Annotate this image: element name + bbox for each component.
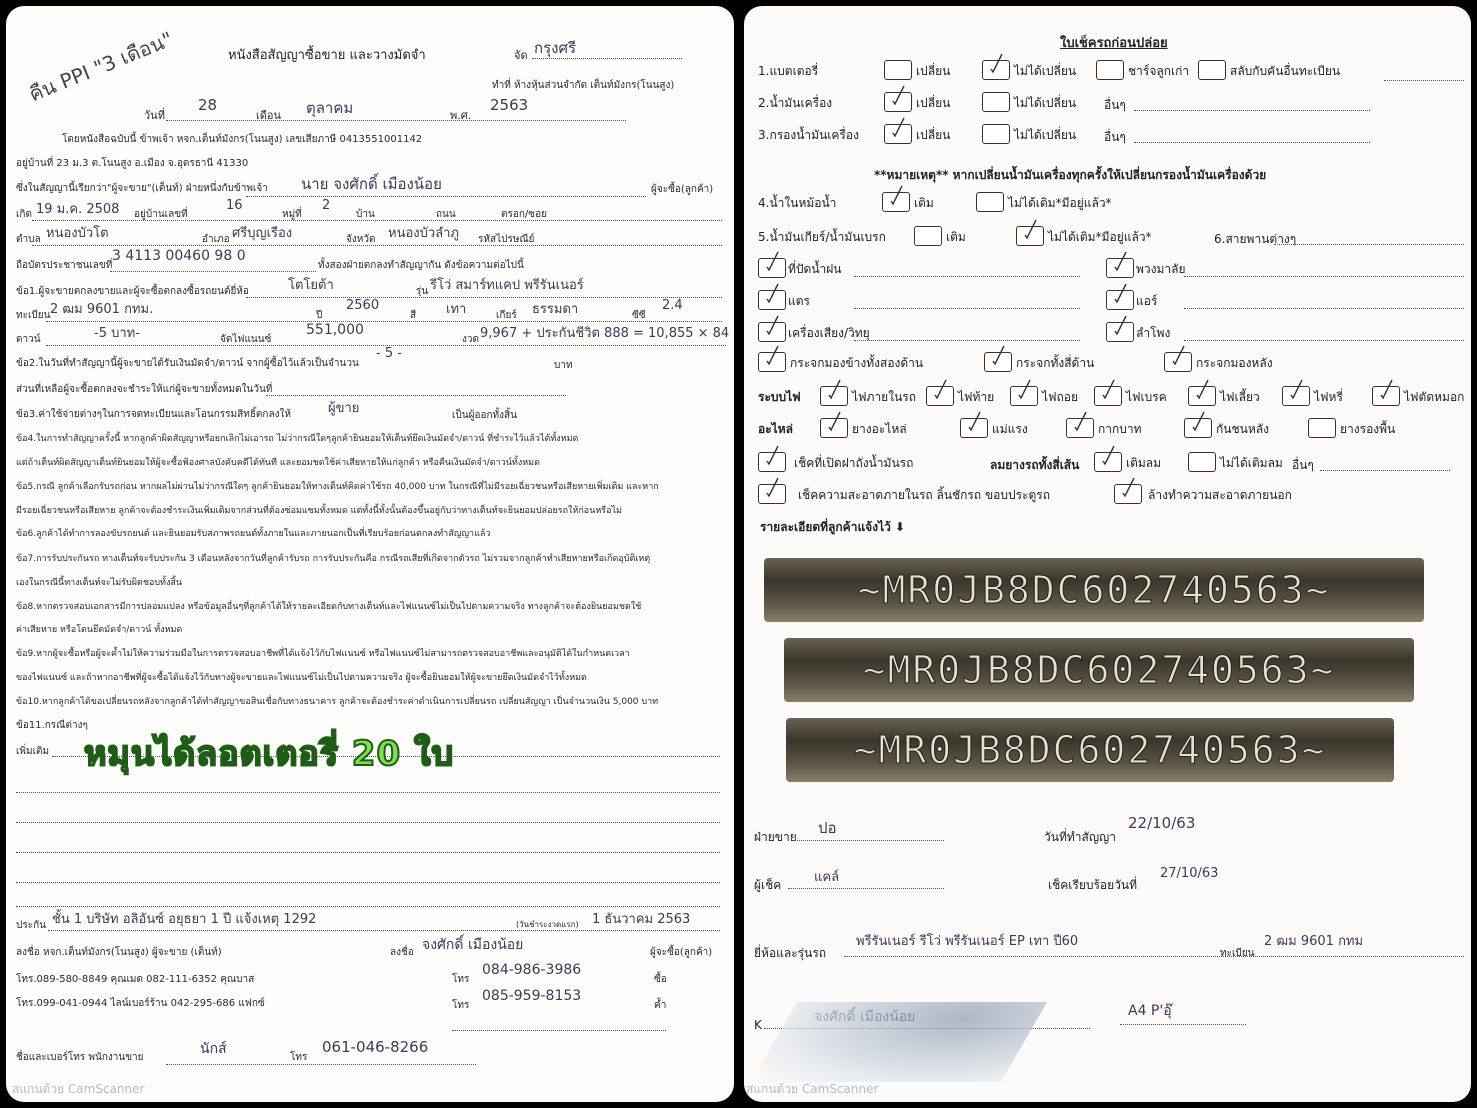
insurance-label: ประกัน (16, 918, 46, 933)
birth-value: 19 ม.ค. 2508 (36, 198, 119, 219)
sales-tel-label: โทร (290, 1050, 307, 1065)
oil-filter-note: **หมายเหตุ** หากเปลี่ยนน้ำมันเครื่องทุกค… (874, 166, 1266, 185)
checkmark-icon (1017, 379, 1031, 401)
checklist-page: ใบเช็ครถก่อนปล่อย รายละเอียดที่ลูกค้าแจ้… (744, 6, 1471, 1102)
part-3-checkbox[interactable] (1066, 418, 1094, 438)
k-label: K (754, 1018, 762, 1032)
id-value: 3 4113 00460 98 0 (112, 248, 246, 264)
row-5-opt-1-checkbox[interactable] (914, 226, 942, 246)
checkmark-icon (1101, 379, 1115, 401)
clause-7b: เองในกรณีนี้ทางเต็นท์จะไม่รับผิดชอบทั้งส… (16, 575, 182, 589)
checkmark-icon (765, 445, 779, 467)
row-2-other: อื่นๆ (1104, 96, 1126, 115)
shop-contact-1: โทร.089-580-8849 คุณเมด 082-111-6352 คุณ… (16, 972, 254, 987)
part-4-label: กันชนหลัง (1216, 420, 1269, 439)
part-5-checkbox[interactable] (1308, 418, 1336, 438)
clause-6: ข้อ6.ลูกค้าได้ทำการลองขับรถยนต์ และยินยอ… (16, 526, 490, 540)
reg-value: 2 ฒม 9601 กทม. (50, 298, 153, 319)
shadow (751, 1002, 1047, 1082)
seller-side-label: ฝ่ายขาย (754, 828, 797, 847)
mirror-2-checkbox[interactable] (984, 352, 1012, 372)
row-4-label: 4.น้ำในหม้อน้ำ (758, 194, 836, 213)
car-reg: 2 ฒม 9601 กทม (1264, 930, 1363, 951)
down-value: -5 บาท- (94, 322, 140, 343)
checkmark-icon (1191, 411, 1205, 433)
checkmark-icon (1113, 251, 1127, 273)
checkmark-icon (1289, 379, 1303, 401)
mirror-2-label: กระจกทั้งสี่ด้าน (1016, 354, 1094, 373)
contract-date: 22/10/63 (1128, 814, 1195, 832)
id-label: ถือบัตรประชาชนเลขที่ (16, 258, 112, 273)
shop-contact-2: โทร.099-041-0944 ไลน์เบอร์ร้าน 042-295-6… (16, 996, 265, 1011)
row-4-opt-1-label: เติม (914, 194, 934, 213)
light-3-checkbox[interactable] (1010, 386, 1038, 406)
clause-2-value: - 5 - (376, 346, 402, 361)
pair-2-right-checkbox[interactable] (1106, 290, 1134, 310)
clause-3-value: ผู้ขาย (328, 397, 359, 418)
birth-label: เกิด (16, 207, 32, 222)
clause-7a: ข้อ7.การรับประกันรถ ทางเต็นท์จะรับประกัน… (16, 551, 650, 565)
checkmark-icon (1023, 219, 1037, 241)
row-1-opt-4-checkbox[interactable] (1198, 60, 1226, 80)
clause-9a: ข้อ9.หากผู้จะซื้อหรือผู้จะค้ำไม่ให้ความร… (16, 646, 630, 660)
handwritten-corner-note: คืน PPI "3 เดือน" (24, 23, 178, 110)
clean-inside-label: เช็คความสะอาดภายในรถ ลิ้นชักรถ ขอบประตูร… (798, 486, 1050, 505)
light-5-checkbox[interactable] (1188, 386, 1216, 406)
insurance-value: ชั้น 1 บริษัท อลิอันซ์ อยุธยา 1 ปี แจ้งเ… (52, 908, 316, 929)
pair-3-left-checkbox[interactable] (758, 322, 786, 342)
buyer-signature: จงศักดิ์ เมืองน้อย (422, 934, 523, 956)
light-1-label: ไฟภายในรถ (852, 388, 916, 407)
checkmark-icon (765, 315, 779, 337)
contract-date-label: วันที่ทำสัญญา (1044, 828, 1116, 847)
checkmark-icon (933, 379, 947, 401)
belts-label: 6.สายพานต่างๆ (1214, 230, 1296, 249)
row-3-opt-1-checkbox[interactable] (884, 124, 912, 144)
row-1-opt-3-checkbox[interactable] (1096, 60, 1124, 80)
seller-signature: ลงชื่อ หจก.เต็นท์มังกร(โนนสูง) ผู้จะขาย … (16, 945, 222, 960)
pair-1-right-checkbox[interactable] (1106, 258, 1134, 278)
pair-2-left-checkbox[interactable] (758, 290, 786, 310)
row-5-label: 5.น้ำมันเกียร์/น้ำมันเบรก (758, 228, 886, 247)
light-2-label: ไฟท้าย (958, 388, 994, 407)
checkmark-icon (1121, 477, 1135, 499)
car-reg-label: ทะเบียน (1220, 946, 1254, 961)
tires-opt-2-label: ไม่ได้เติมลม (1220, 454, 1283, 473)
part-4-checkbox[interactable] (1184, 418, 1212, 438)
day-label: วันที่ (144, 106, 165, 124)
light-3-label: ไฟถอย (1042, 388, 1078, 407)
part-2-checkbox[interactable] (960, 418, 988, 438)
year-value: 2563 (490, 96, 528, 114)
row-2-opt-2-label: ไม่ได้เปลี่ยน (1014, 94, 1076, 113)
vin-rubbing-1: ~MR0JB8DC602740563~ (764, 558, 1424, 622)
row-3-other: อื่นๆ (1104, 128, 1126, 147)
row-3-opt-2-label: ไม่ได้เปลี่ยน (1014, 126, 1076, 145)
light-6-checkbox[interactable] (1282, 386, 1310, 406)
light-6-label: ไฟหรี่ (1314, 388, 1343, 407)
row-2-opt-1-label: เปลี่ยน (916, 94, 950, 113)
sales-label: ชื่อและเบอร์โทร พนักงานขาย (16, 1050, 144, 1065)
camscanner-watermark: สแกนด้วย CamScanner (746, 1080, 878, 1099)
pair-3-right-label: ลำโพง (1136, 324, 1170, 343)
extra-label: เพิ่มเติม (16, 744, 49, 759)
light-7-checkbox[interactable] (1372, 386, 1400, 406)
tires-opt-1-checkbox[interactable] (1094, 452, 1122, 472)
light-1-checkbox[interactable] (820, 386, 848, 406)
car-year: 2560 (346, 298, 379, 313)
buyer-name: นาย จงศักดิ์ เมืองน้อย (301, 172, 442, 196)
mirror-1-checkbox[interactable] (758, 352, 786, 372)
fuel-cap-label: เช็คที่เปิดฝาถังน้ำมันรถ (794, 454, 913, 473)
province-value: กรุงศรี (534, 36, 576, 60)
mirror-3-checkbox[interactable] (1164, 352, 1192, 372)
clause-5b: มีรอยเฉี่ยวชนหรือเสียหาย ลูกค้าจะต้องชำร… (16, 503, 622, 517)
buyer-suffix: ผู้จะซื้อ(ลูกค้า) (651, 182, 713, 197)
guarantor-tel: 085-959-8153 (482, 988, 581, 1004)
buyer-tel-suffix: ซื้อ (654, 972, 667, 987)
clean-outside-label: ล้างทำความสะอาดภายนอก (1148, 486, 1292, 505)
checkmark-icon (1073, 411, 1087, 433)
buyer-sign-label: ลงชื่อ (390, 945, 414, 960)
row-3-opt-2-checkbox[interactable] (982, 124, 1010, 144)
row-1-opt-2-checkbox[interactable] (982, 60, 1010, 80)
color-value: เทา (446, 298, 466, 319)
clause-8a: ข้อ8.หากตรวจสอบเอกสารมีการปลอมแปลง หรือข… (16, 599, 641, 613)
tires-other: อื่นๆ (1292, 456, 1314, 475)
checker-value: แคล์ (814, 866, 839, 887)
clean-outside-checkbox[interactable] (1114, 484, 1142, 504)
clause-10: ข้อ10.หากลูกค้าได้ขอเปลี่ยนรถหลังจากลูกค… (16, 694, 658, 708)
district-value: ศรีบุญเรือง (232, 222, 292, 243)
part-2-label: แม่แรง (992, 420, 1028, 439)
checker-label: ผู้เช็ค (754, 876, 781, 895)
intro: โดยหนังสือฉบับนี้ ข้าพเจ้า หจก.เต็นท์มัง… (62, 132, 422, 147)
checkmark-icon (765, 345, 779, 367)
address: อยู่บ้านที่ 23 ม.3 ต.โนนสูง อ.เมือง จ.อุ… (16, 156, 248, 171)
clause-1-label: ข้อ1.ผู้จะขายตกลงขายและผู้จะซื้อตกลงซื้อ… (16, 284, 249, 299)
row-5-opt-2-checkbox[interactable] (1016, 226, 1044, 246)
seller-side-value: ปอ (818, 816, 837, 840)
finance-value: 551,000 (306, 322, 364, 338)
sales-tel: 061-046-8266 (322, 1038, 428, 1056)
lottery-stamp: หมุนได้ลอตเตอรี่ 20 ใบ (84, 726, 454, 780)
checkmark-icon (891, 117, 905, 139)
contract-page: คืน PPI "3 เดือน" หนังสือสัญญาซื้อขาย แล… (6, 6, 734, 1102)
guarantor-tel-label: โทร (452, 998, 469, 1013)
row-3-opt-1-label: เปลี่ยน (916, 126, 950, 145)
row-1-label: 1.แบตเตอรี่ (758, 62, 818, 81)
clean-inside-checkbox[interactable] (758, 484, 786, 504)
province2-value: หนองบัวลำภู (388, 222, 459, 243)
moo-value: 2 (322, 198, 330, 213)
checkmark-icon (1379, 379, 1393, 401)
row-5-opt-2-label: ไม่ได้เติม*มีอยู่แล้ว* (1048, 228, 1152, 247)
clause-2: ข้อ2.ในวันที่ทำสัญญานี้ผู้จะขายได้รับเงิ… (16, 356, 359, 371)
checkmark-icon (989, 53, 1003, 75)
row-3-label: 3.กรองน้ำมันเครื่อง (758, 126, 859, 145)
details-label: รายละเอียดที่ลูกค้าแจ้งไว้ ⬇ (760, 518, 905, 537)
k-note: A4 P'อุ๊ (1128, 1000, 1172, 1022)
row-1-opt-1-label: เปลี่ยน (916, 62, 950, 81)
clause-5a: ข้อ5.กรณี ลูกค้าเลือกรับรถก่อน หากผลไม่ผ… (16, 479, 659, 493)
lights-label: ระบบไฟ (758, 388, 801, 407)
car-value: พรีรันเนอร์ รีโว่ พรีรันเนอร์ EP เทา ปี6… (856, 930, 1078, 951)
row-4-opt-1-checkbox[interactable] (882, 192, 910, 212)
fuel-cap-checkbox[interactable] (758, 452, 786, 472)
day-value: 28 (198, 96, 217, 114)
row-1-opt-4-label: สลับกับคันอื่นทะเบียน (1230, 62, 1340, 81)
clause-4b: แต่ถ้าเต็นท์ผิดสัญญาเต็นท์ยินยอมให้ผู้จะ… (16, 455, 540, 469)
checkmark-icon (1195, 379, 1209, 401)
pair-1-right-label: พวงมาลัย (1136, 260, 1186, 279)
row-5-opt-1-label: เติม (946, 228, 966, 247)
light-2-checkbox[interactable] (926, 386, 954, 406)
checkmark-icon (765, 477, 779, 499)
mirror-1-label: กระจกมองข้างทั้งสองด้าน (790, 354, 923, 373)
sales-name: นักส์ (200, 1038, 227, 1060)
clause-9b: ของไฟแนนซ์ และถ้าหากอาชีพที่ผู้จะซื้อได้… (16, 670, 587, 684)
province-label: จัด (514, 46, 528, 64)
installment-value: 9,967 + ประกันชีวิต 888 = 10,855 × 84 (480, 322, 729, 343)
clause-2b: ส่วนที่เหลือผู้จะซื้อตกลงจะชำระให้แก่ผู้… (16, 382, 272, 397)
row-2-opt-2-checkbox[interactable] (982, 92, 1010, 112)
month-label: เดือน (256, 106, 281, 124)
checklist-title: ใบเช็ครถก่อนปล่อย (1060, 32, 1168, 53)
place: ทำที่ ห้างหุ้นส่วนจำกัด เต็นท์มังกร(โนนส… (492, 78, 674, 93)
gear-value: ธรรมดา (532, 298, 578, 319)
part-1-label: ยางอะไหล่ (852, 420, 907, 439)
row-1-opt-2-label: ไม่ได้เปลี่ยน (1014, 62, 1076, 81)
row-1-opt-3-label: ชาร์จลูกเก่า (1128, 62, 1189, 81)
subdistrict-value: หนองบัวโต (46, 222, 109, 243)
car-label: ยี่ห้อและรุ่นรถ (754, 944, 826, 963)
row-4-opt-2-checkbox[interactable] (976, 192, 1004, 212)
checkmark-icon (889, 185, 903, 207)
vin-rubbing-3: ~MR0JB8DC602740563~ (786, 718, 1394, 782)
pair-3-right-checkbox[interactable] (1106, 322, 1134, 342)
car-model: รีโว่ สมาร์ทแคป พรีรันเนอร์ (430, 274, 584, 295)
part-1-checkbox[interactable] (820, 418, 848, 438)
clause-3-suffix: เป็นผู้ออกทั้งสิ้น (452, 408, 517, 423)
pair-1-left-checkbox[interactable] (758, 258, 786, 278)
seller-clause: ซึ่งในสัญญานี้เรียกว่า"ผู้จะขาย"(เต็นท์)… (16, 181, 268, 196)
checkmark-icon (891, 85, 905, 107)
pair-2-right-label: แอร์ (1136, 292, 1157, 311)
row-4-opt-2-label: ไม่ได้เติม*มีอยู่แล้ว* (1008, 194, 1112, 213)
buyer-tel-label: โทร (452, 972, 469, 987)
checked-date: 27/10/63 (1160, 866, 1218, 881)
vin-rubbing-2: ~MR0JB8DC602740563~ (784, 638, 1414, 702)
first-due-value: 1 ธันวาคม 2563 (592, 908, 690, 929)
light-4-checkbox[interactable] (1094, 386, 1122, 406)
arrow-down-icon: ⬇ (895, 520, 905, 534)
tires-opt-1-label: เติมลม (1126, 454, 1161, 473)
clause-4a: ข้อ4.ในการทำสัญญาครั้งนี้ หากลูกค้าผิดสั… (16, 431, 578, 445)
id-suffix: ทั้งสองฝ่ายตกลงทำสัญญากัน ดังข้อความต่อไ… (318, 258, 524, 273)
checkmark-icon (1171, 345, 1185, 367)
checkmark-icon (1101, 445, 1115, 467)
checked-date-label: เช็คเรียบร้อยวันที่ (1048, 876, 1137, 895)
clause-8b: ค่าเสียหาย หรือโดนยึดมัดจำ/ดาวน์ ทั้งหมด (16, 622, 182, 636)
tires-opt-2-checkbox[interactable] (1188, 452, 1216, 472)
part-3-label: กากบาท (1098, 420, 1142, 439)
house-value: 16 (226, 198, 243, 213)
checkmark-icon (991, 345, 1005, 367)
clause-2-unit: บาท (554, 358, 573, 373)
mirror-3-label: กระจกมองหลัง (1196, 354, 1273, 373)
camscanner-watermark: สแกนด้วย CamScanner (12, 1080, 144, 1099)
buyer-tel: 084-986-3986 (482, 962, 581, 978)
clause-11: ข้อ11.กรณีต่างๆ (16, 718, 88, 733)
tires-label: ลมยางรถทั้งสี่เส้น (990, 456, 1079, 475)
light-7-label: ไฟตัดหมอก (1404, 388, 1464, 407)
checkmark-icon (765, 283, 779, 305)
buyer-sign-suffix: ผู้จะซื้อ(ลูกค้า) (650, 945, 712, 960)
parts-label: อะไหล่ (758, 420, 793, 439)
contract-title: หนังสือสัญญาซื้อขาย และวางมัดจำ (228, 44, 426, 65)
checkmark-icon (967, 411, 981, 433)
row-2-opt-1-checkbox[interactable] (884, 92, 912, 112)
guarantor-tel-suffix: ค้ำ (654, 998, 666, 1013)
checkmark-icon (827, 379, 841, 401)
month-value: ตุลาคม (306, 96, 353, 120)
part-5-label: ยางรองพื้น (1340, 420, 1395, 439)
light-5-label: ไฟเลี้ยว (1220, 388, 1260, 407)
row-2-label: 2.น้ำมันเครื่อง (758, 94, 832, 113)
checkmark-icon (765, 251, 779, 273)
pair-2-left-label: แตร (788, 292, 810, 311)
checkmark-icon (1113, 315, 1127, 337)
cc-value: 2.4 (662, 298, 683, 313)
year-label: พ.ศ. (450, 106, 471, 124)
down-label: ดาวน์ (16, 332, 41, 347)
checkmark-icon (827, 411, 841, 433)
checkmark-icon (1113, 283, 1127, 305)
light-4-label: ไฟเบรค (1126, 388, 1167, 407)
pair-1-left-label: ที่ปัดน้ำฝน (788, 260, 842, 279)
car-brand: โตโยต้า (288, 274, 334, 295)
row-1-opt-1-checkbox[interactable] (884, 60, 912, 80)
clause-3: ข้อ3.ค่าใช้จ่ายต่างๆในการจดทะเบียนและโอน… (16, 407, 291, 422)
